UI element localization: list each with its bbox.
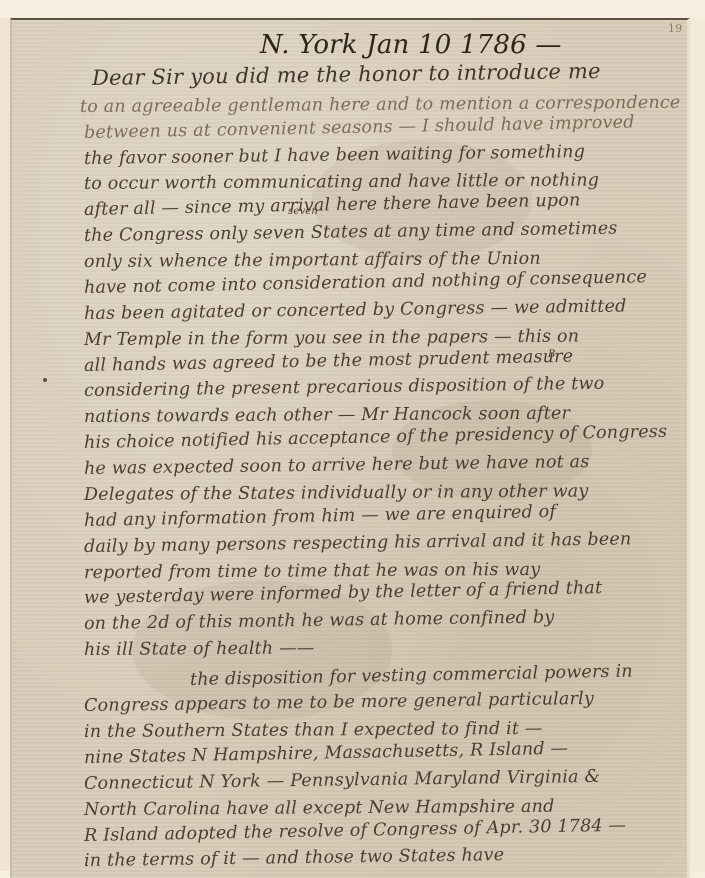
letter-line: Mr Temple in the form you see in the pap… — [84, 327, 579, 350]
letter-line: in the Southern States than I expected t… — [84, 719, 543, 742]
margin-ink-mark — [43, 378, 47, 382]
letter-line: nations towards each other — Mr Hancock … — [84, 404, 570, 427]
letter-line: Delegates of the States individually or … — [84, 481, 589, 505]
scan-right-margin — [690, 18, 705, 871]
scan-left-margin — [0, 18, 10, 871]
interlinear-insertion: seven — [288, 206, 318, 217]
letter-line: his ill State of health —— — [84, 638, 315, 660]
dateline: N. York Jan 10 1786 — — [260, 30, 562, 60]
letter-line: North Carolina have all except New Hamps… — [84, 797, 555, 820]
letter-line: to occur worth communicating and have li… — [84, 170, 599, 194]
page-number: 19 — [668, 22, 682, 35]
letter-line: reported from time to time that he was o… — [84, 560, 540, 583]
interlinear-insertion: B — [548, 349, 556, 360]
letter-line: only six whence the important affairs of… — [84, 249, 541, 272]
